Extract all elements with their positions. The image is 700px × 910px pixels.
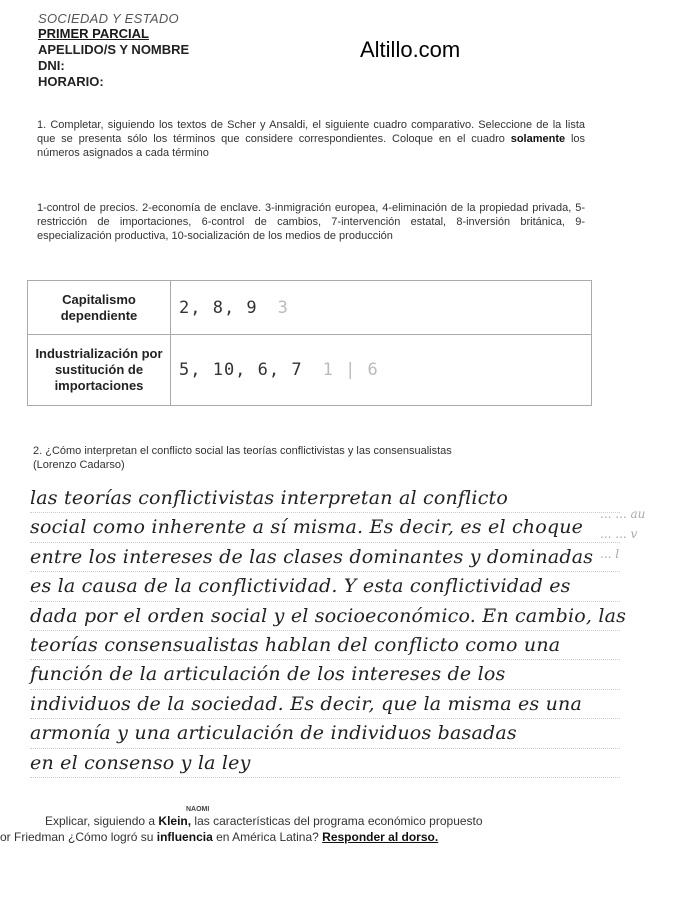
name-label: APELLIDO/S Y NOMBRE [38, 42, 189, 57]
subject-title: SOCIEDAD Y ESTADO [38, 11, 179, 26]
answer-line: armonía y una articulación de individuos… [30, 719, 620, 748]
prompt-line: or Friedman ¿Cómo logró su influencia en… [0, 829, 640, 845]
prompt-text: las características del programa económi… [191, 814, 482, 828]
question-1-prompt: 1. Completar, siguiendo los textos de Sc… [37, 118, 585, 160]
site-watermark: Altillo.com [360, 37, 460, 63]
prompt-text: Explicar, siguiendo a [45, 814, 158, 828]
handwritten-answer-block: las teorías conflictivistas interpretan … [30, 484, 620, 778]
prompt-text: 1. Completar, siguiendo los textos de Sc… [37, 119, 585, 145]
faint-mark: 1 | 6 [323, 360, 379, 380]
prompt-source: (Lorenzo Cadarso) [33, 458, 593, 472]
answer-line: función de la articulación de los intere… [30, 660, 620, 689]
prompt-text: 2. ¿Cómo interpretan el conflicto social… [33, 444, 593, 458]
answer-line: social como inherente a sí misma. Es dec… [30, 513, 620, 542]
handwritten-answer: 2, 8, 9 [179, 298, 258, 318]
handwritten-answer: 5, 10, 6, 7 [179, 360, 303, 380]
answer-line: en el consenso y la ley [30, 749, 620, 778]
question-2-prompt: 2. ¿Cómo interpretan el conflicto social… [33, 444, 593, 472]
prompt-text: en América Latina? [213, 830, 322, 844]
answer-line: teorías consensualistas hablan del confl… [30, 631, 620, 660]
margin-note: ... l [600, 545, 700, 563]
terms-list: 1-control de precios. 2-economía de encl… [37, 201, 585, 243]
prompt-text: or Friedman ¿Cómo logró su [0, 830, 157, 844]
question-3-prompt: Explicar, siguiendo a Klein, las caracte… [0, 813, 640, 845]
superscript-note: NAOMI [186, 806, 209, 813]
row-answer: 5, 10, 6, 71 | 6 [171, 335, 592, 406]
comparison-table: Capitalismo dependiente 2, 8, 93 Industr… [27, 280, 592, 406]
prompt-emphasis: influencia [157, 830, 213, 844]
answer-line: es la causa de la conflictividad. Y esta… [30, 572, 620, 601]
row-answer: 2, 8, 93 [171, 281, 592, 335]
faint-mark: 3 [278, 298, 289, 318]
answer-line: las teorías conflictivistas interpretan … [30, 484, 620, 513]
prompt-emphasis: solamente [511, 133, 565, 145]
answer-line: entre los intereses de las clases domina… [30, 543, 620, 572]
dni-label: DNI: [38, 58, 65, 73]
answer-line: dada por el orden social y el socioeconó… [30, 602, 620, 631]
margin-note: ... ... v [600, 525, 700, 543]
row-label: Industrialización por sustitución de imp… [28, 335, 171, 406]
prompt-emphasis: Klein, [158, 814, 191, 828]
answer-on-back-note: Responder al dorso. [322, 830, 438, 844]
answer-line: individuos de la sociedad. Es decir, que… [30, 690, 620, 719]
prompt-line: Explicar, siguiendo a Klein, las caracte… [0, 813, 640, 829]
schedule-label: HORARIO: [38, 74, 104, 89]
margin-note: ... ... au [600, 505, 700, 523]
table-row: Industrialización por sustitución de imp… [28, 335, 592, 406]
exam-title: PRIMER PARCIAL [38, 26, 149, 41]
row-label: Capitalismo dependiente [28, 281, 171, 335]
table-row: Capitalismo dependiente 2, 8, 93 [28, 281, 592, 335]
